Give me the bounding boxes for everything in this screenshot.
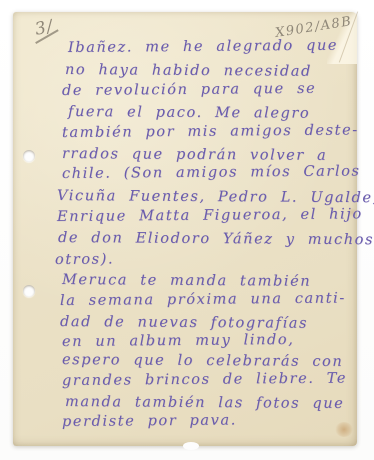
handwritten-line: perdiste por pava. xyxy=(62,410,237,432)
bottom-edge-notch xyxy=(183,442,199,450)
handwritten-line: otros). xyxy=(55,249,114,270)
handwritten-line: Enrique Matta Figueroa, el hijo xyxy=(57,204,363,227)
handwritten-line: grandes brincos de liebre. Te xyxy=(62,369,347,391)
punch-hole-top xyxy=(23,150,35,162)
photo-backdrop: 3/ X902/A8B Ibañez. me he alegrado que n… xyxy=(0,0,374,460)
handwritten-line: en un album muy lindo, xyxy=(62,330,295,352)
letter-page: 3/ X902/A8B Ibañez. me he alegrado que n… xyxy=(13,12,357,446)
handwritten-line: Ibañez. me he alegrado que xyxy=(68,36,338,58)
handwritten-line: también por mis amigos deste- xyxy=(62,120,359,143)
handwritten-line: la semana próxima una canti- xyxy=(60,289,346,311)
handwritten-line: de revolución para que se xyxy=(62,79,316,101)
stain-bottom-right xyxy=(335,422,353,437)
handwritten-line: de don Eliodoro Yáñez y muchos xyxy=(58,228,374,250)
punch-hole-bottom xyxy=(23,285,35,297)
handwritten-line: chile. (Son amigos míos Carlos xyxy=(62,161,361,184)
page-number: 3/ xyxy=(33,16,55,39)
